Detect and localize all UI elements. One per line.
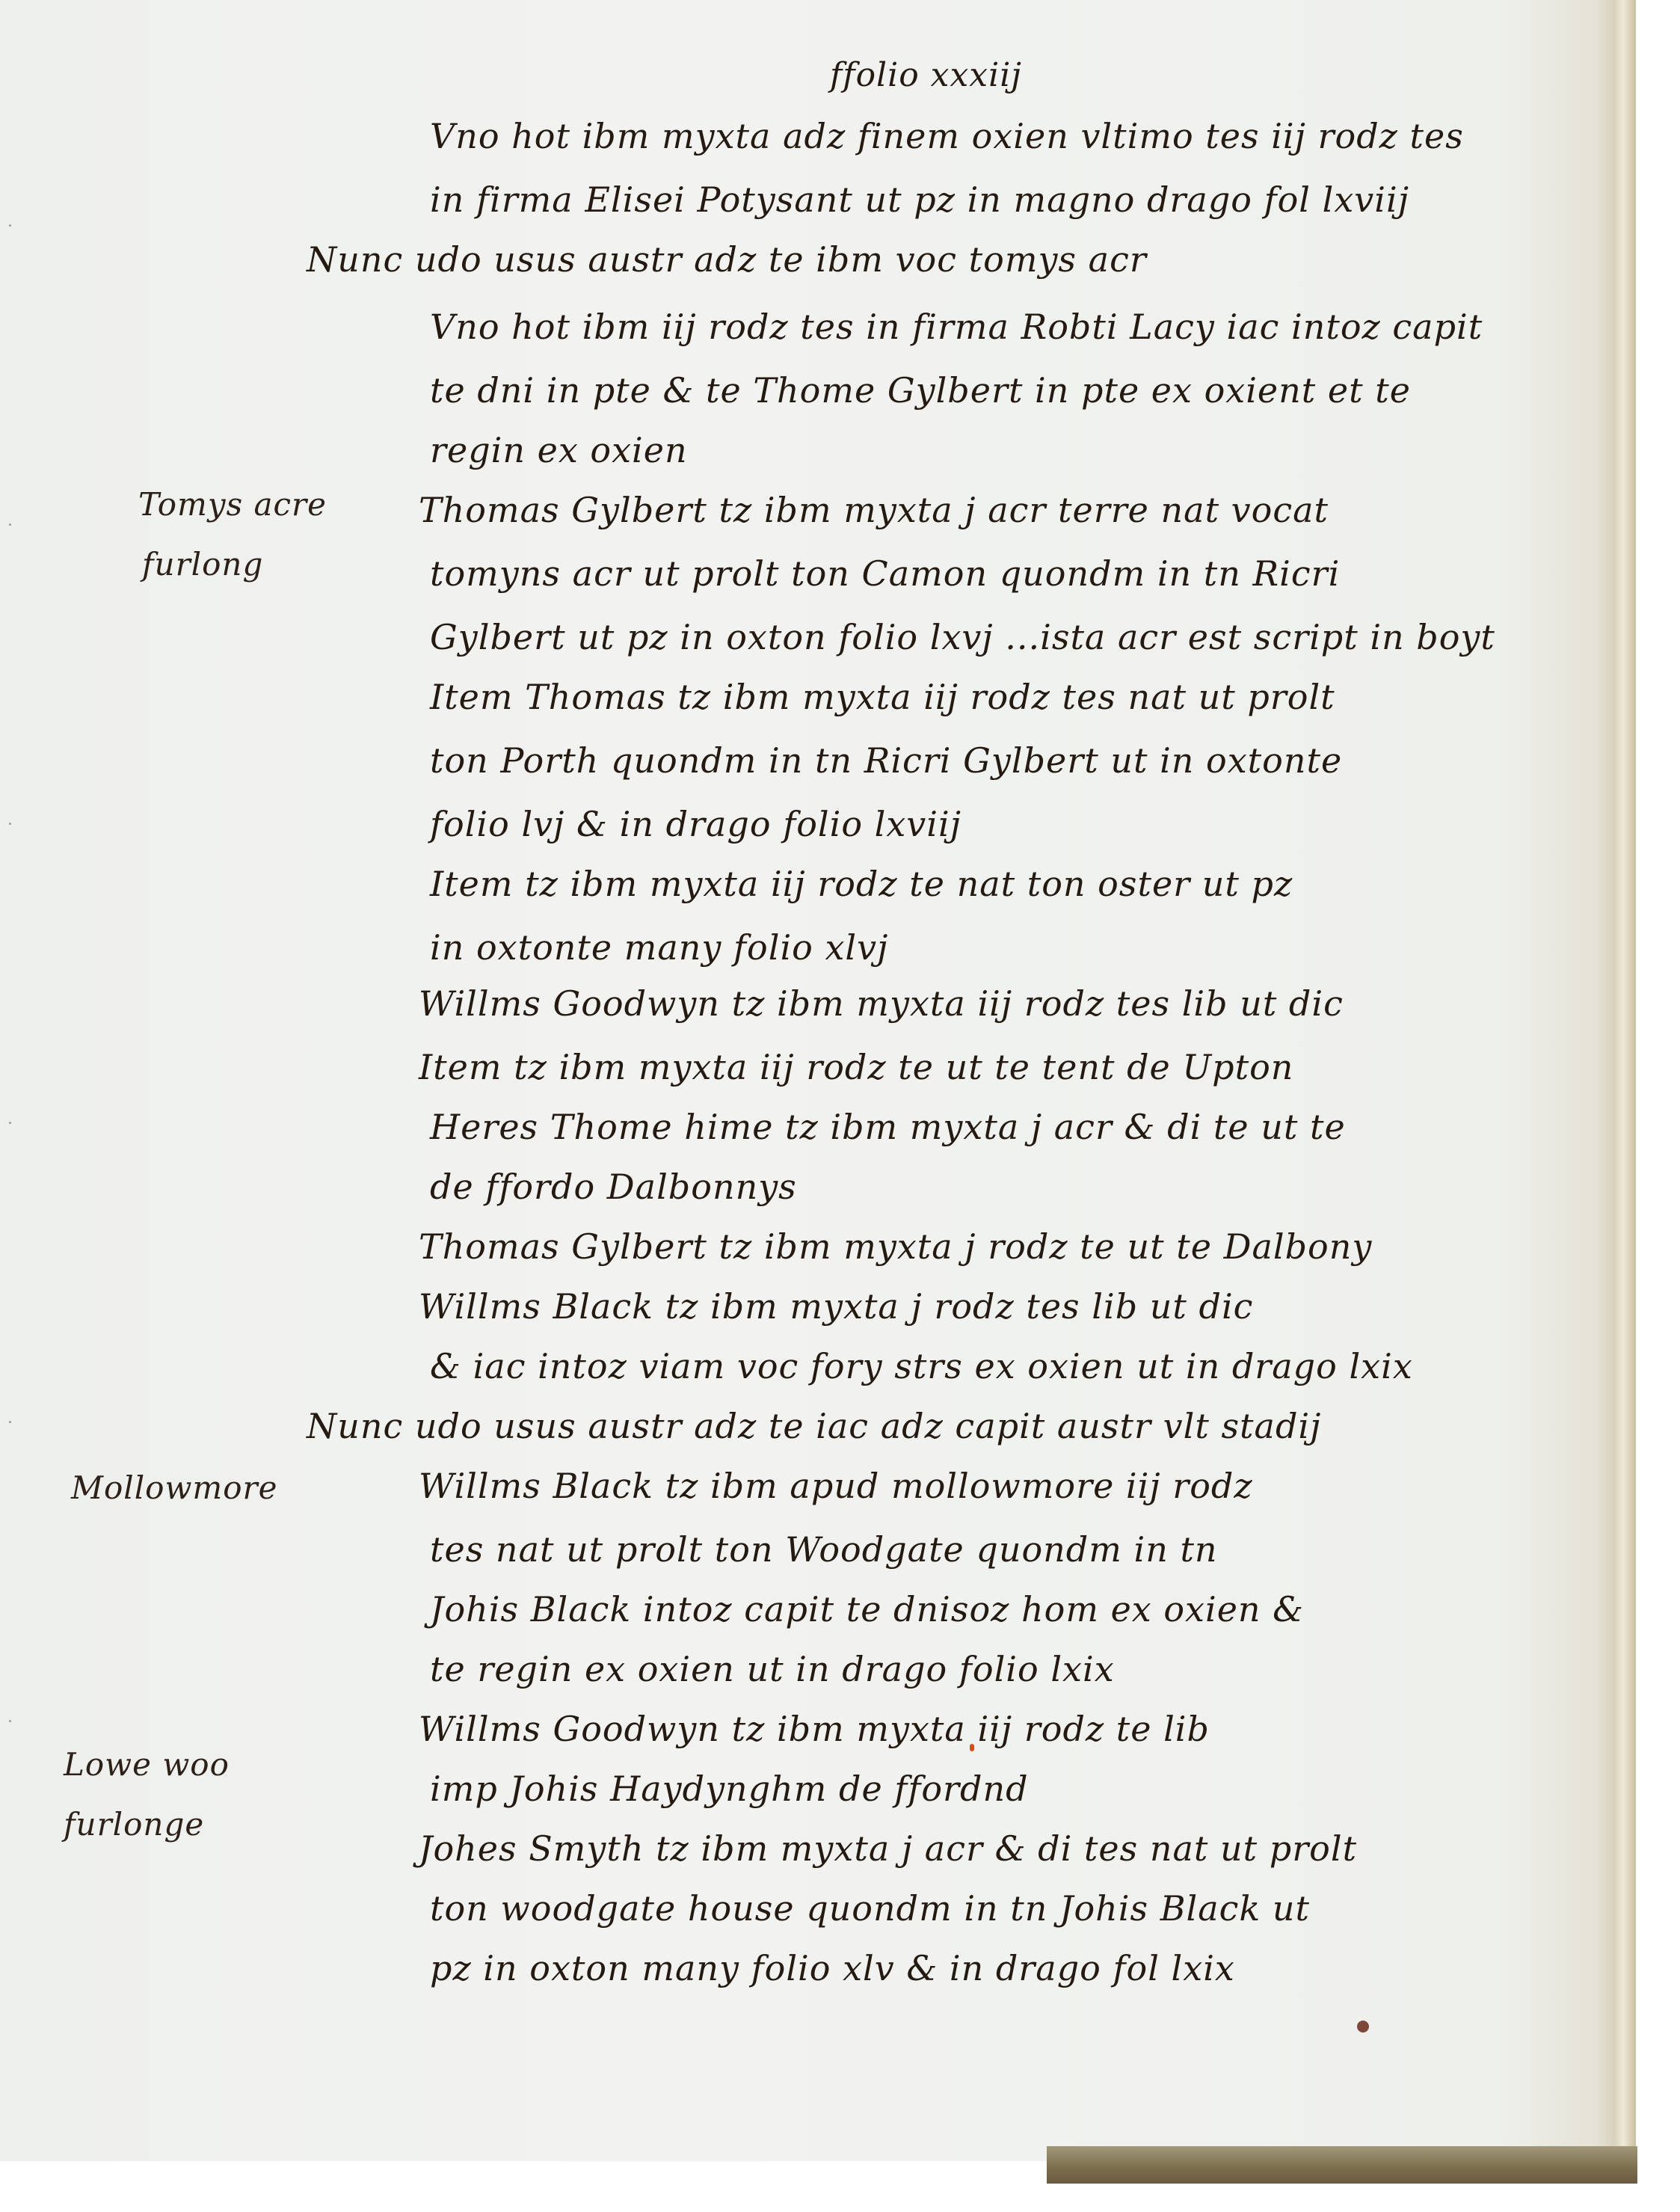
pricking-mark (9, 523, 11, 526)
marginal-note: Tomys acre (138, 486, 327, 523)
text-line: Thomas Gylbert tz ibm myxta j acr terre … (419, 490, 1329, 530)
ink-stain (1357, 2021, 1369, 2033)
text-line: in firma Elisei Potysant ut pz in magno … (430, 179, 1409, 220)
text-line: Vno hot ibm myxta adz finem oxien vltimo… (430, 116, 1464, 156)
text-line: in oxtonte many folio xlvj (430, 927, 888, 968)
text-line: Willms Goodwyn tz ibm myxta iij rodz tes… (419, 983, 1344, 1024)
pricking-mark (9, 1421, 11, 1423)
text-line: Vno hot ibm iij rodz tes in firma Robti … (430, 307, 1483, 347)
text-line: Willms Goodwyn tz ibm myxta iij rodz te … (419, 1709, 1210, 1749)
text-line: Item Thomas tz ibm myxta iij rodz tes na… (430, 677, 1335, 717)
text-line: te dni in pte & te Thome Gylbert in pte … (430, 370, 1411, 411)
text-line: regin ex oxien (430, 430, 688, 470)
text-line: ton Porth quondm in tn Ricri Gylbert ut … (430, 740, 1342, 781)
text-line: pz in oxton many folio xlv & in drago fo… (430, 1948, 1235, 1988)
text-line: Willms Black tz ibm apud mollowmore iij … (419, 1466, 1253, 1506)
pricking-mark (9, 1122, 11, 1124)
text-line: te regin ex oxien ut in drago folio lxix (430, 1649, 1115, 1689)
text-line: Gylbert ut pz in oxton folio lxvj ...ist… (430, 617, 1495, 657)
text-line: tes nat ut prolt ton Woodgate quondm in … (430, 1529, 1218, 1570)
text-line: Nunc udo usus austr adz te ibm voc tomys… (307, 239, 1147, 280)
text-line: imp Johis Haydynghm de ffordnd (430, 1769, 1029, 1809)
text-line: folio lvj & in drago folio lxviij (430, 804, 961, 844)
text-line: ton woodgate house quondm in tn Johis Bl… (430, 1888, 1310, 1929)
text-line: Thomas Gylbert tz ibm myxta j rodz te ut… (419, 1226, 1372, 1267)
folio-heading: ffolio xxxiij (830, 56, 1022, 94)
pricking-mark (9, 1720, 11, 1722)
pricking-mark (9, 823, 11, 825)
text-line: tomyns acr ut prolt ton Camon quondm in … (430, 553, 1340, 594)
text-line: Johes Smyth tz ibm myxta j acr & di tes … (419, 1828, 1357, 1869)
text-line: & iac intoz viam voc fory strs ex oxien … (430, 1346, 1413, 1386)
text-line: Item tz ibm myxta iij rodz te ut te tent… (419, 1047, 1293, 1087)
marginal-note: Lowe woo (64, 1746, 230, 1783)
page-edge (1615, 0, 1636, 2169)
book-binding (1047, 2146, 1637, 2184)
marginal-note: furlong (142, 546, 263, 583)
marginal-note: Mollowmore (71, 1469, 277, 1506)
pricking-mark (9, 224, 11, 227)
text-line: Johis Black intoz capit te dnisoz hom ex… (430, 1589, 1304, 1629)
marginal-note: furlonge (64, 1806, 204, 1843)
text-line: Willms Black tz ibm myxta j rodz tes lib… (419, 1286, 1253, 1327)
text-line: Item tz ibm myxta iij rodz te nat ton os… (430, 864, 1293, 904)
text-line: Heres Thome hime tz ibm myxta j acr & di… (430, 1107, 1346, 1147)
text-line: de ffordo Dalbonnys (430, 1167, 797, 1207)
text-line: Nunc udo usus austr adz te iac adz capit… (307, 1406, 1321, 1446)
